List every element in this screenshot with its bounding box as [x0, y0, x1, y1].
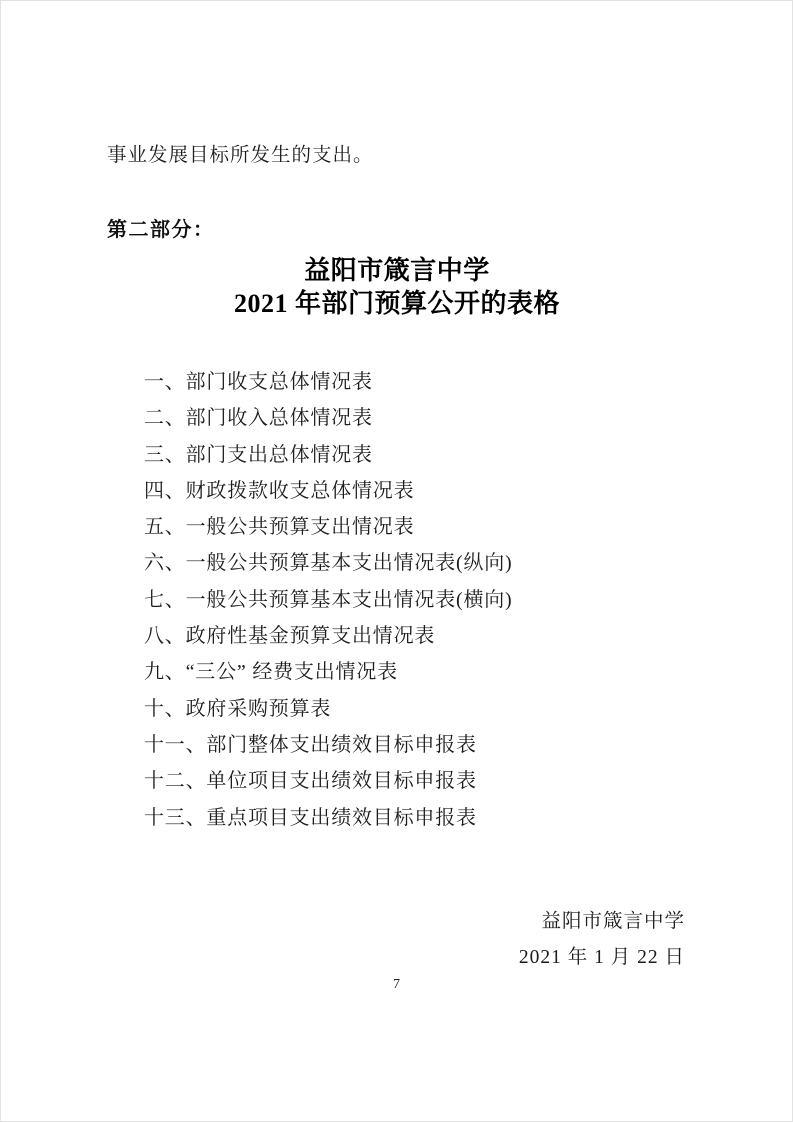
signature-date: 2021 年 1 月 22 日 [107, 940, 685, 976]
document-title: 益阳市箴言中学 2021 年部门预算公开的表格 [107, 254, 687, 320]
toc-item: 二、部门收入总体情况表 [144, 400, 687, 436]
toc-item: 十二、单位项目支出绩效目标申报表 [144, 763, 687, 799]
section-label: 第二部分： [107, 218, 687, 243]
page-number: 7 [1, 977, 792, 993]
toc-item: 四、财政拨款收支总体情况表 [144, 473, 687, 509]
toc-list: 一、部门收支总体情况表 二、部门收入总体情况表 三、部门支出总体情况表 四、财政… [107, 364, 687, 836]
toc-item: 七、一般公共预算基本支出情况表(横向) [144, 582, 687, 618]
toc-item: 九、“三公” 经费支出情况表 [144, 654, 687, 690]
document-page: 事业发展目标所发生的支出。 第二部分： 益阳市箴言中学 2021 年部门预算公开… [0, 0, 793, 1122]
signature-block: 益阳市箴言中学 2021 年 1 月 22 日 [107, 904, 687, 976]
toc-item: 六、一般公共预算基本支出情况表(纵向) [144, 545, 687, 581]
toc-item: 十、政府采购预算表 [144, 691, 687, 727]
toc-item: 五、一般公共预算支出情况表 [144, 509, 687, 545]
lead-paragraph: 事业发展目标所发生的支出。 [107, 144, 687, 168]
toc-item: 十三、重点项目支出绩效目标申报表 [144, 800, 687, 836]
signature-name: 益阳市箴言中学 [107, 904, 685, 940]
toc-item: 八、政府性基金预算支出情况表 [144, 618, 687, 654]
toc-item: 十一、部门整体支出绩效目标申报表 [144, 727, 687, 763]
toc-item: 三、部门支出总体情况表 [144, 437, 687, 473]
document-title-line1: 益阳市箴言中学 [107, 254, 687, 287]
document-title-line2: 2021 年部门预算公开的表格 [107, 287, 687, 320]
toc-item: 一、部门收支总体情况表 [144, 364, 687, 400]
document-body: 事业发展目标所发生的支出。 第二部分： 益阳市箴言中学 2021 年部门预算公开… [1, 1, 792, 976]
